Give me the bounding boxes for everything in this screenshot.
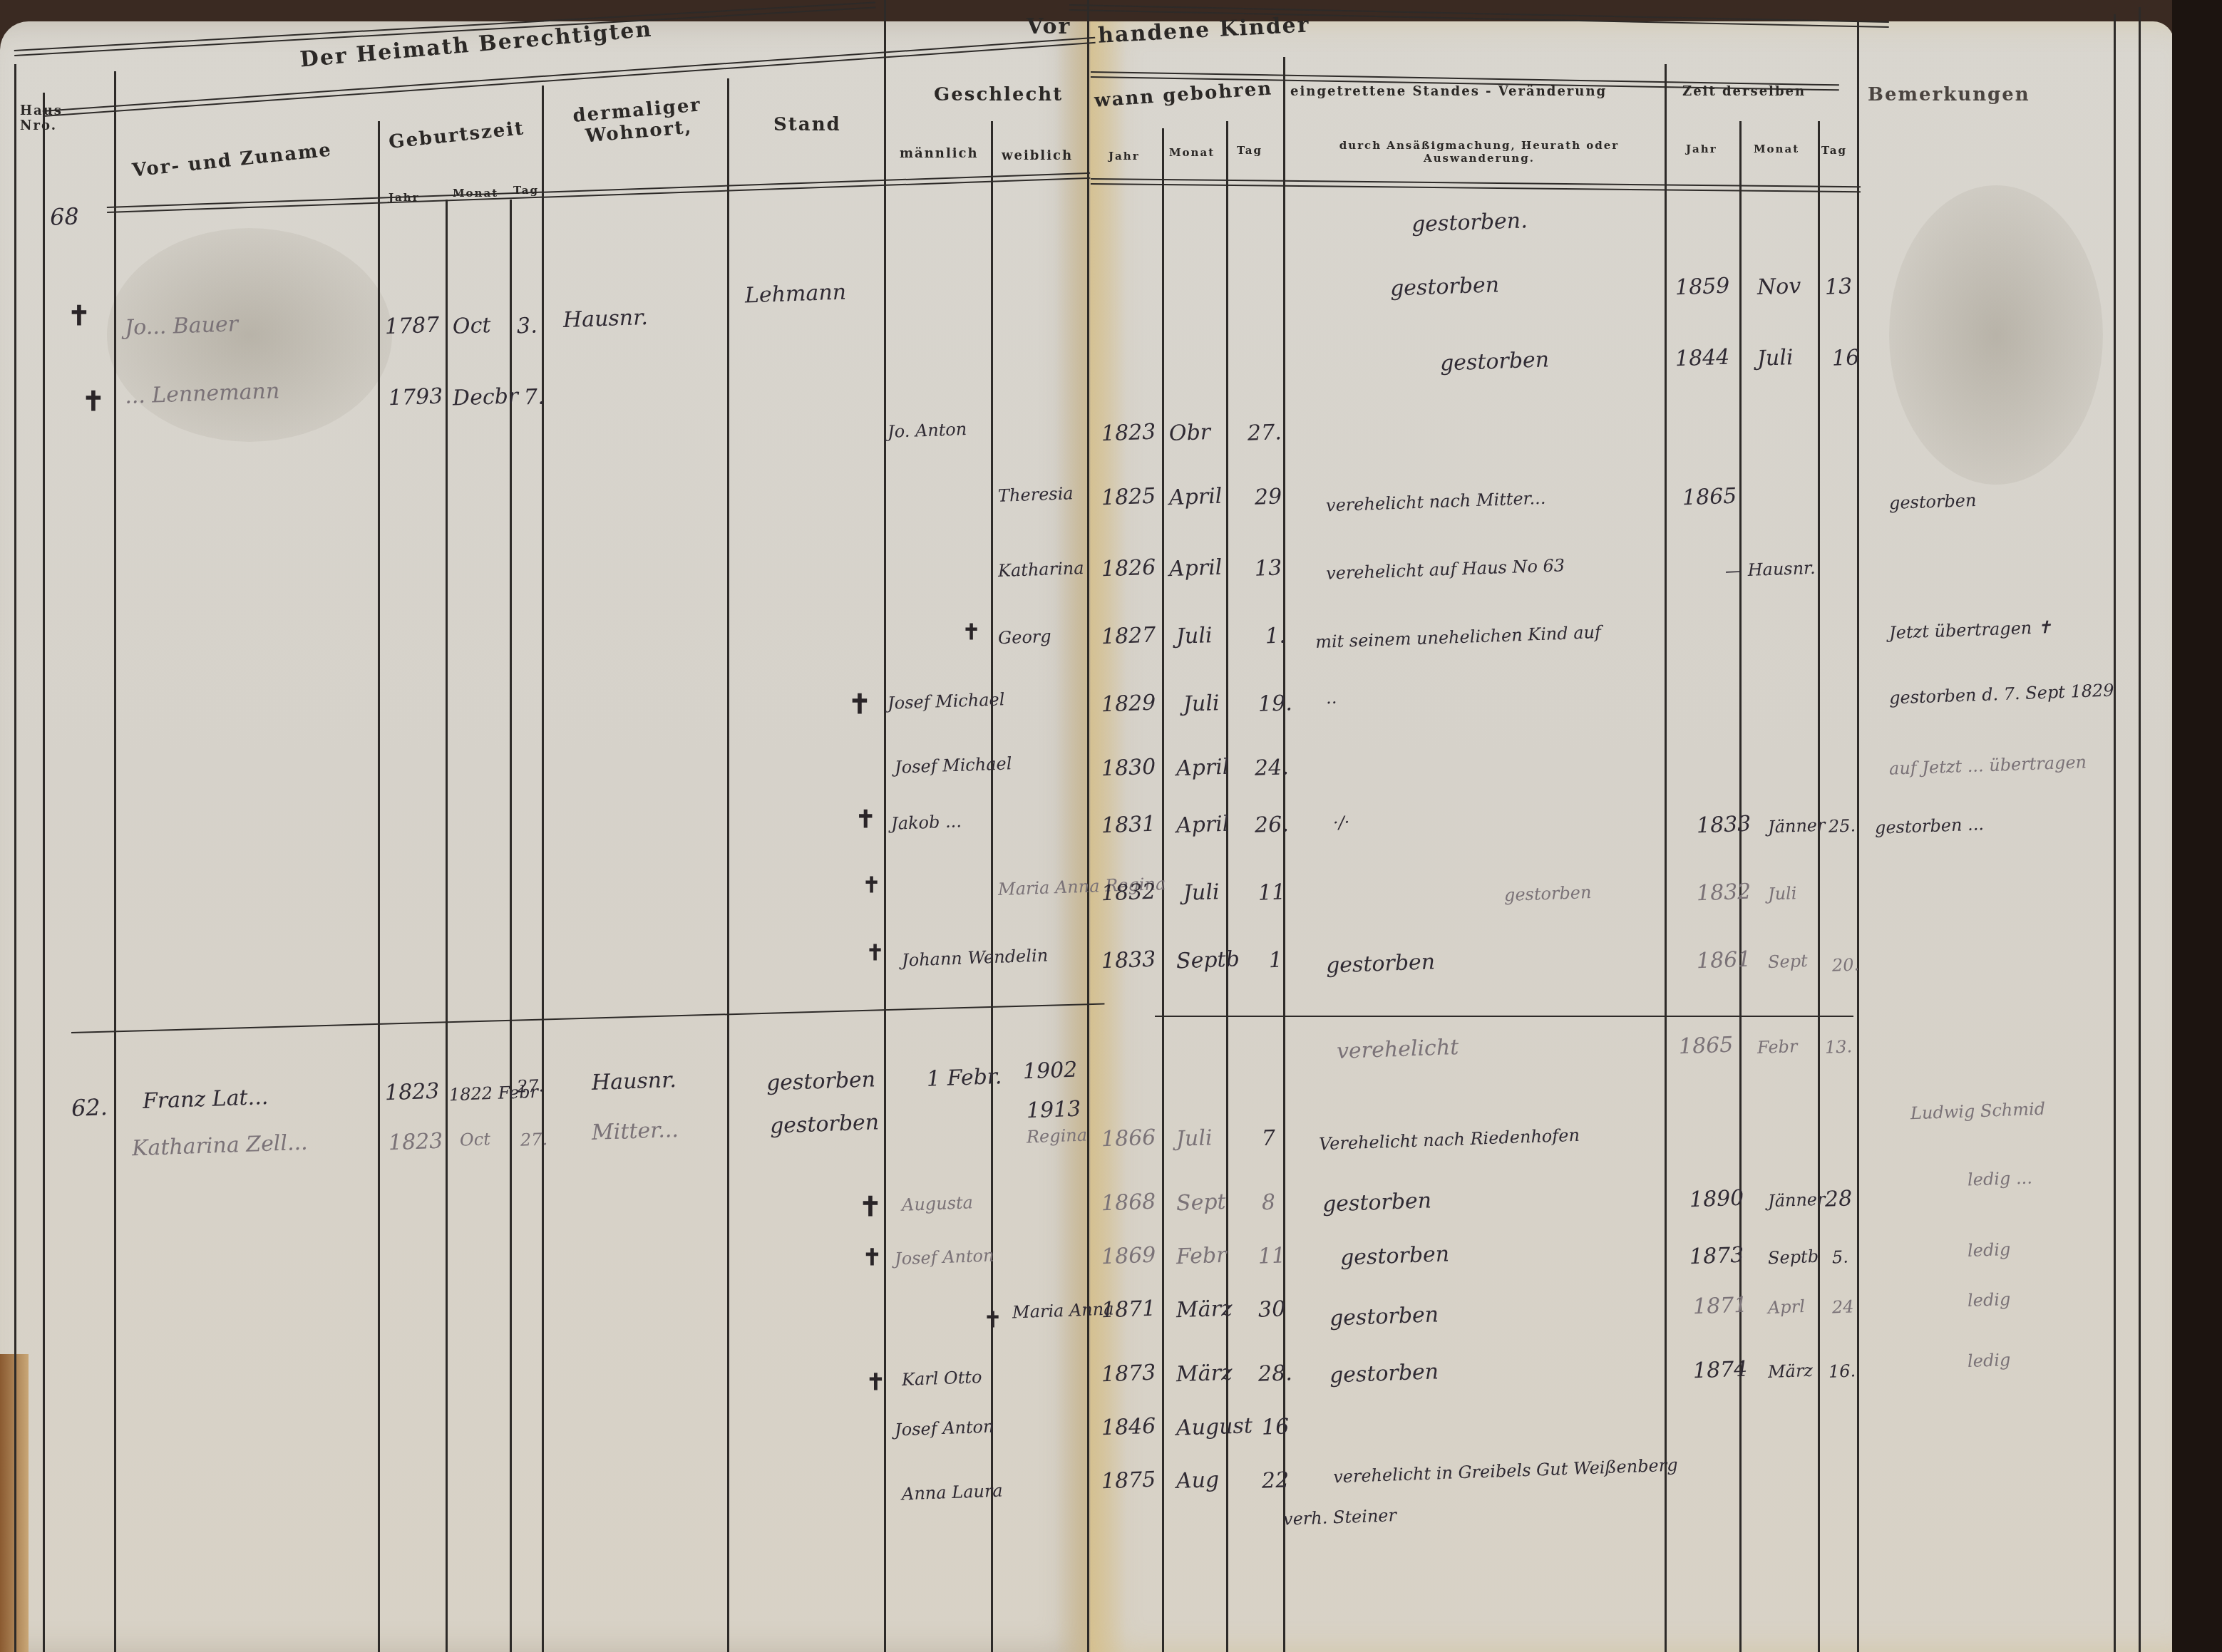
birth-day: 3. (516, 314, 538, 339)
child-birth-month: Juli (1176, 623, 1213, 649)
child-name: Jo. Anton (888, 419, 967, 442)
child-name: Josef Michael (895, 753, 1012, 778)
child-name: Jakob ... (891, 811, 962, 833)
child-status-change: gestorben (1322, 1188, 1431, 1217)
child-birth-year: 1829 (1101, 691, 1156, 718)
child-status-change: gestorben (1339, 1241, 1449, 1270)
death-cross-icon: ✝ (866, 1368, 885, 1395)
child-birth-day: 1. (1265, 624, 1286, 649)
child-remark: ledig (1968, 1239, 2011, 1261)
change-day: 13 (1824, 274, 1852, 299)
change-month: Febr (1757, 1036, 1798, 1058)
child-birth-year: 1830 (1101, 755, 1156, 782)
child-birth-day: 16 (1261, 1414, 1289, 1440)
change-year: 1865 (1678, 1033, 1734, 1060)
child-name: Theresia (998, 483, 1074, 506)
child-change-month: Juli (1768, 883, 1797, 904)
status: Lehmann (744, 280, 846, 309)
child-birth-day: 27. (1247, 420, 1282, 446)
col-rule (2114, 14, 2116, 1652)
child-birth-month: Obr (1168, 420, 1210, 446)
col-rule (378, 121, 380, 1652)
death-cross-icon: ✝ (859, 1190, 882, 1222)
birth-year: 1823 (388, 1129, 443, 1156)
child-status-change: .. (1326, 688, 1337, 708)
birth-year: 1823 (384, 1079, 440, 1106)
change-year: 1844 (1675, 345, 1730, 372)
col-header-stand: Stand (773, 114, 841, 135)
child-birth-day: 30 (1257, 1296, 1285, 1322)
child-birth-month: Juli (1183, 879, 1220, 906)
child-remark: ledig ... (1968, 1167, 2033, 1189)
child-status-change: gestorben (1329, 1359, 1439, 1388)
death-cross-icon: ✝ (866, 941, 884, 966)
child-birth-month: Juli (1176, 1125, 1213, 1152)
child-change-day: 5. (1832, 1247, 1849, 1268)
child-status-change: gestorben (1329, 1302, 1439, 1331)
col-rule (1283, 57, 1285, 1652)
child-name: Katharina (998, 558, 1084, 581)
child-remark: gestorben (1889, 490, 1977, 513)
child-birth-month: April (1176, 812, 1230, 839)
child-change-month: Septb (1768, 1246, 1819, 1268)
household-divider-right (1155, 1016, 1853, 1017)
child-change-year: 1865 (1682, 484, 1737, 511)
birth-year: 1793 (388, 384, 443, 411)
child-change-year: 1873 (1689, 1243, 1744, 1270)
birth-day: 7. (523, 385, 545, 411)
child-change-year: 1833 (1696, 812, 1752, 839)
death-year: 1913 (1026, 1097, 1081, 1124)
child-birth-month: März (1176, 1361, 1233, 1388)
child-change-day: 20. (1832, 954, 1860, 975)
child-remark: ledig (1968, 1350, 2011, 1371)
child-name: Georg (998, 626, 1052, 649)
death-cross-icon: ✝ (855, 805, 876, 834)
child-birth-year: 1827 (1101, 623, 1156, 650)
child-change-year: 1874 (1692, 1357, 1748, 1384)
col-rule (446, 200, 448, 1652)
col-rule (43, 93, 45, 1652)
birth-year: 1787 (384, 313, 440, 340)
col-rule (542, 86, 544, 1652)
child-change-day: 24 (1832, 1296, 1855, 1317)
death-cross-icon: ✝ (863, 873, 880, 898)
col-header-maennlich: männlich (900, 146, 979, 161)
col-header-jahr: Jahr (1109, 150, 1140, 162)
child-birth-year: 1875 (1101, 1467, 1156, 1494)
col-rule (1665, 64, 1667, 1652)
residence: Hausnr. (562, 305, 648, 333)
status-change: gestorben (1389, 272, 1499, 301)
stain (1889, 185, 2103, 485)
col-header-monat: Monat (1169, 146, 1215, 159)
child-birth-day: 29 (1254, 484, 1282, 510)
child-birth-year: 1871 (1101, 1296, 1156, 1323)
col-header-geschlecht: Geschlecht (934, 84, 1063, 105)
child-change-year: 1832 (1696, 879, 1752, 907)
child-name: Augusta (902, 1192, 974, 1214)
child-name: Karl Otto (902, 1367, 982, 1390)
col-header-standes-sub: durch Ansäßigmachung, Heurath oder Auswa… (1305, 139, 1654, 165)
change-year: 1859 (1675, 274, 1730, 301)
death-cross-icon: ✝ (848, 688, 871, 720)
child-name: Josef Anton (895, 1417, 994, 1440)
child-birth-day: 1 (1268, 948, 1282, 974)
child-status-change: gestorben (1504, 882, 1592, 905)
col-header-bemerkungen: Bemerkungen (1868, 84, 2030, 105)
birth-month: Oct (452, 313, 491, 339)
child-birth-day: 28. (1257, 1361, 1292, 1387)
child-birth-month: April (1168, 555, 1223, 582)
change-month: Juli (1756, 345, 1794, 371)
status-change: verehelicht (1336, 1035, 1459, 1064)
child-birth-year: 1826 (1101, 555, 1156, 582)
child-remark: gestorben ... (1875, 814, 1985, 837)
house-number: 68 (49, 202, 79, 230)
house-number: 62. (71, 1093, 108, 1122)
col-header-haus-nro: Haus Nro. (20, 103, 48, 133)
register-spread: Der Heimath Berechtigten Vor handene Kin… (0, 0, 2222, 1652)
death-cross-icon: ✝ (68, 299, 91, 331)
child-change-year: 1871 (1692, 1293, 1748, 1320)
col-rule (14, 64, 16, 1652)
child-change-day: 16. (1828, 1361, 1856, 1381)
child-birth-month: April (1168, 484, 1223, 511)
col-rule (1087, 0, 1089, 1652)
child-status-change: ·/· (1333, 812, 1350, 833)
background-edge (2172, 0, 2222, 1652)
birth-day: 27. (520, 1129, 548, 1150)
child-birth-year: 1832 (1101, 879, 1156, 907)
col-rule (727, 78, 729, 1652)
col-header-monat: Monat (1754, 143, 1799, 155)
parent-name: Jo... Bauer (124, 311, 238, 341)
child-birth-day: 26. (1254, 812, 1289, 838)
child-change-month: Jänner (1768, 1189, 1826, 1212)
child-change-day: 25. (1828, 815, 1856, 836)
child-name: Maria Anna (1012, 1299, 1114, 1323)
child-birth-year: 1833 (1101, 947, 1156, 974)
residence: Hausnr. (591, 1068, 677, 1095)
child-remark: — Hausnr. (1725, 558, 1816, 581)
col-header-zeit-derselben: Zeit derselben (1682, 84, 1806, 99)
child-birth-day: 11 (1257, 879, 1285, 905)
child-change-day: 28 (1824, 1186, 1852, 1212)
change-month: Nov (1756, 274, 1801, 300)
death-cross-icon: ✝ (962, 620, 980, 645)
child-change-year: 1861 (1696, 947, 1752, 974)
child-birth-month: Aug (1176, 1467, 1219, 1494)
child-status-change: gestorben (1325, 949, 1435, 978)
child-birth-year: 1868 (1101, 1189, 1156, 1217)
col-rule (1818, 121, 1820, 1652)
death-cross-icon: ✝ (863, 1244, 882, 1271)
child-change-month: Aprl (1768, 1296, 1806, 1318)
child-birth-day: 13 (1254, 555, 1282, 581)
child-birth-year: 1866 (1101, 1125, 1156, 1152)
child-birth-month: März (1176, 1296, 1233, 1323)
spread-title-part1: Vor (1027, 14, 1071, 39)
child-name: Regina (1027, 1125, 1088, 1147)
child-birth-month: Septb (1176, 946, 1240, 974)
death-day: 1 Febr. (926, 1064, 1002, 1092)
child-birth-month: Sept (1176, 1189, 1226, 1216)
child-birth-day: 7 (1261, 1126, 1275, 1152)
residence: Mitter... (591, 1117, 679, 1145)
child-birth-year: 1873 (1101, 1361, 1156, 1388)
child-remark: ledig (1968, 1289, 2011, 1311)
parent-name: Franz Lat... (142, 1085, 268, 1114)
child-change-month: Sept (1768, 951, 1809, 972)
death-cross-icon: ✝ (984, 1308, 1002, 1333)
child-change-year: 1890 (1689, 1186, 1744, 1213)
col-header-jahr: Jahr (389, 191, 420, 204)
col-header-tag: Tag (1821, 144, 1847, 157)
change-day: 16 (1831, 345, 1859, 371)
death-year: 1902 (1022, 1058, 1078, 1085)
col-rule (884, 0, 886, 1652)
col-header-jahr: Jahr (1686, 143, 1717, 155)
col-rule (1857, 21, 1859, 1652)
child-birth-month: Juli (1183, 691, 1220, 717)
col-header-weiblich: weiblich (1002, 148, 1073, 163)
child-name: Josef Michael (888, 689, 1005, 713)
col-rule (114, 71, 116, 1652)
child-birth-day: 8 (1261, 1190, 1275, 1216)
child-change-month: Jänner (1768, 815, 1826, 837)
child-birth-year: 1831 (1101, 812, 1156, 839)
birth-day: 27. (517, 1075, 545, 1096)
child-birth-day: 22 (1261, 1467, 1289, 1493)
child-birth-month: Febr (1176, 1243, 1227, 1269)
child-birth-day: 24. (1254, 755, 1289, 781)
status-change: gestorben. (1411, 208, 1528, 237)
col-header-standes-veraenderung: eingetrettene Standes - Veränderung (1290, 84, 1607, 99)
child-birth-year: 1846 (1101, 1414, 1156, 1441)
status: gestorben (766, 1067, 875, 1095)
child-status-change-2: verh. Steiner (1283, 1505, 1397, 1529)
change-day: 13. (1825, 1036, 1853, 1057)
child-change-month: März (1768, 1361, 1814, 1382)
child-birth-day: 19. (1257, 691, 1292, 717)
birth-month: Decbr (452, 383, 518, 411)
col-header-monat: Monat (453, 187, 498, 200)
child-birth-year: 1825 (1101, 484, 1156, 511)
col-rule (2139, 7, 2141, 1652)
col-header-tag: Tag (1237, 144, 1262, 157)
col-header-tag: Tag (513, 184, 539, 197)
birth-month: Oct (460, 1129, 491, 1150)
status-change: gestorben (1439, 347, 1549, 376)
status: gestorben (769, 1110, 879, 1138)
child-name: Josef Anton (895, 1246, 994, 1269)
child-birth-month: August (1176, 1413, 1253, 1441)
child-name: Anna Laura (902, 1481, 1004, 1504)
death-cross-icon: ✝ (82, 385, 105, 417)
child-birth-day: 11 (1257, 1243, 1285, 1269)
child-birth-month: April (1176, 755, 1230, 782)
child-birth-year: 1823 (1101, 420, 1156, 447)
col-rule (510, 200, 512, 1652)
child-birth-year: 1869 (1101, 1243, 1156, 1270)
